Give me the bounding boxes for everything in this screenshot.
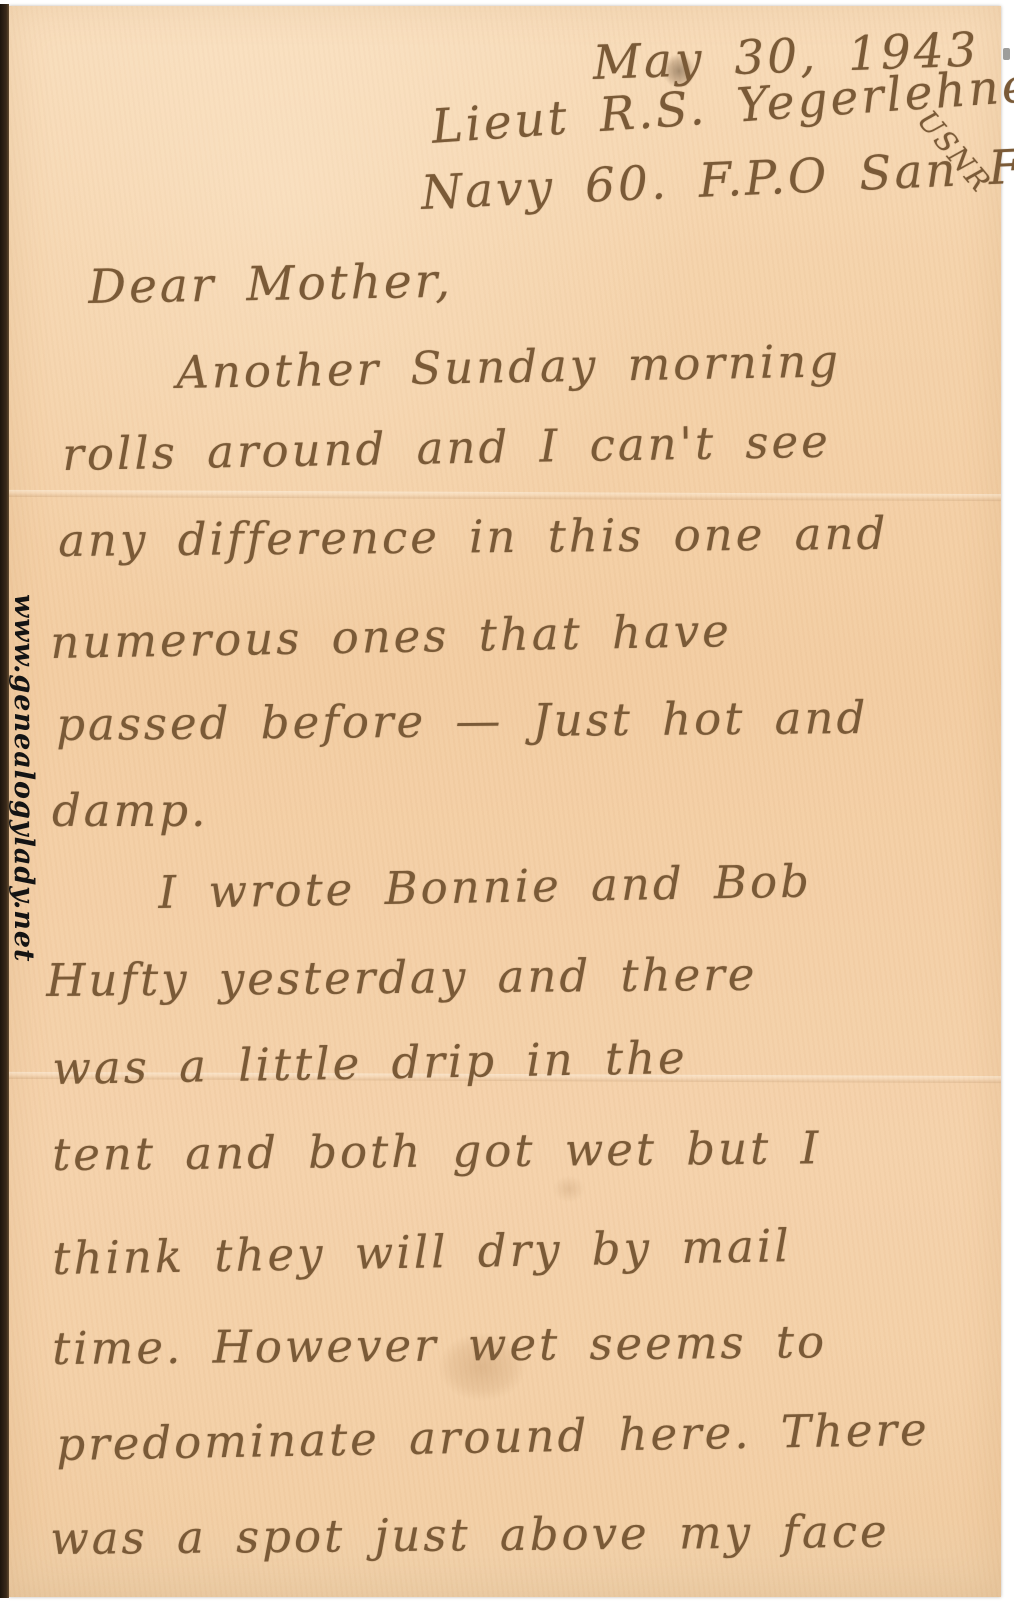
scan-artifact bbox=[1003, 48, 1010, 60]
handwritten-line: Another Sunday morning bbox=[176, 338, 841, 395]
handwritten-line: damp. bbox=[52, 788, 208, 833]
handwritten-line: numerous ones that have bbox=[50, 608, 732, 665]
handwritten-line: passed before — Just hot and bbox=[56, 695, 868, 747]
salutation: Dear Mother, bbox=[88, 258, 453, 311]
handwritten-line: time. However wet seems to bbox=[52, 1319, 827, 1371]
handwritten-line: I wrote Bonnie and Bob bbox=[158, 859, 812, 915]
handwritten-line: tent and both got wet but I bbox=[52, 1125, 821, 1177]
handwritten-line: any difference in this one and bbox=[58, 511, 888, 563]
handwritten-line: was a little drip in the bbox=[52, 1035, 688, 1091]
handwritten-line: think they will dry by mail bbox=[52, 1223, 792, 1281]
paper-stain bbox=[549, 1172, 589, 1206]
handwritten-line: was a spot just above my face bbox=[50, 1509, 890, 1561]
handwritten-line: rolls around and I can't see bbox=[62, 419, 831, 477]
fold-crease bbox=[9, 490, 1001, 501]
watermark-text: www.genealogylady.net bbox=[8, 594, 39, 994]
handwritten-line: Hufty yesterday and there bbox=[46, 952, 758, 1003]
scanned-letter: May 30, 1943 Lieut R.S. Yegerlehner USNR… bbox=[0, 0, 1014, 1604]
handwritten-line: predominate around here. There bbox=[56, 1407, 930, 1467]
